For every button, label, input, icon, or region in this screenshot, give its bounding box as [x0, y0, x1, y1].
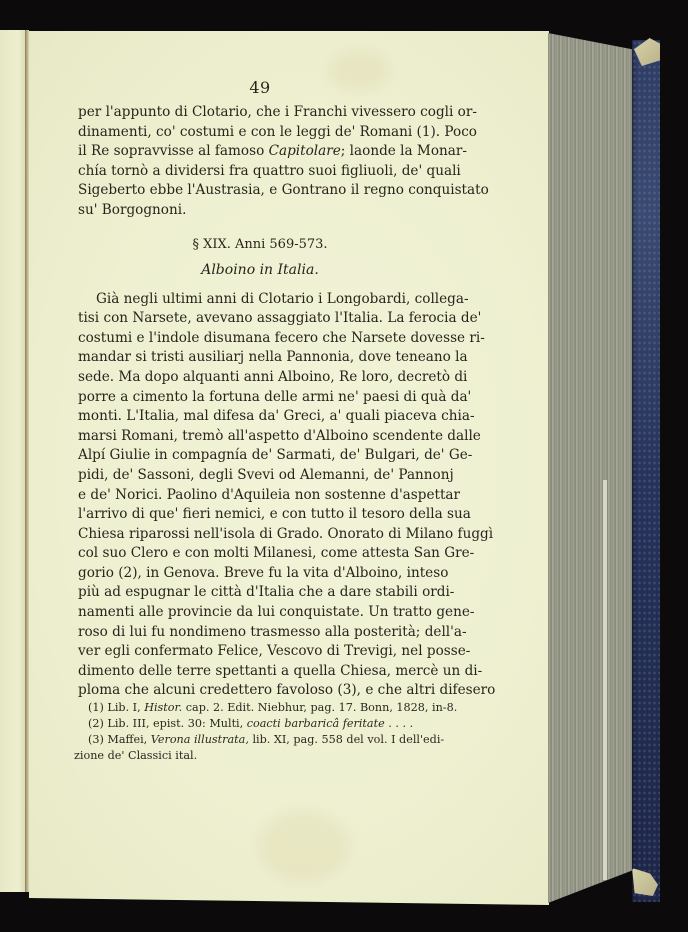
text-line: sede. Ma dopo alquanti anni Alboino, Re …: [78, 368, 442, 388]
paragraph-1: per l'appunto di Clotario, che i Franchi…: [78, 103, 442, 221]
section-title: Alboino in Italia.: [78, 262, 442, 278]
cover-texture: [632, 40, 660, 902]
text-line: marsi Romani, tremò all'aspetto d'Alboin…: [78, 427, 442, 447]
text-line: gorio (2), in Genova. Breve fu la vita d…: [78, 564, 442, 584]
footnote-text: (3) Maffei,: [88, 733, 151, 746]
footnote-text: cap. 2. Edit. Niebhur, pag. 17. Bonn, 18…: [182, 701, 457, 714]
left-page-edge: [0, 30, 26, 892]
footnote-italic: coacti barbaricâ feritate: [247, 717, 385, 730]
text-line: chía tornò a dividersi fra quattro suoi …: [78, 162, 442, 182]
text-line: dimento delle terre spettanti a quella C…: [78, 662, 442, 682]
text-line: col suo Clero e con molti Milanesi, come…: [78, 544, 442, 564]
text-line: Sigeberto ebbe l'Austrasia, e Gontrano i…: [78, 181, 442, 201]
text-line: Chiesa riparossi nell'isola di Grado. On…: [78, 525, 442, 545]
footnote-text: lib. XI, pag. 558 del vol. I dell'edi-: [249, 733, 444, 746]
text-line: il Re sopravvisse al famoso Capitolare; …: [78, 142, 442, 162]
section-heading: § XIX. Anni 569-573.: [78, 237, 442, 252]
text-line: e de' Norici. Paolino d'Aquileia non sos…: [78, 486, 442, 506]
text-line: pidi, de' Sassoni, degli Svevi od Aleman…: [78, 466, 442, 486]
text-line: dinamenti, co' costumi e con le leggi de…: [78, 123, 442, 143]
footnote-3-continued: zione de' Classici ital.: [74, 748, 436, 764]
page-fore-edge: [548, 33, 638, 903]
italic-term: Capitolare: [269, 143, 341, 159]
text-line: su' Borgognoni.: [78, 201, 442, 221]
footnote-text: zione de' Classici ital.: [74, 749, 197, 762]
text-line: costumi e l'indole disumana fecero che N…: [78, 329, 442, 349]
text-line: porre a cimento la fortuna delle armi ne…: [78, 388, 442, 408]
footnote-3: (3) Maffei, Verona illustrata, lib. XI, …: [74, 732, 436, 748]
footnote-text: . . . .: [385, 717, 413, 730]
page-number: 49: [78, 78, 442, 97]
footnote-text: (1) Lib. I,: [88, 701, 144, 714]
text-line: namenti alle provincie da lui conquistat…: [78, 603, 442, 623]
footnote-italic: Histor.: [144, 701, 182, 714]
text-line: per l'appunto di Clotario, che i Franchi…: [78, 103, 442, 123]
paragraph-2: Già negli ultimi anni di Clotario i Long…: [78, 290, 442, 701]
text-line: roso di lui fu nondimeno trasmesso alla …: [78, 623, 442, 643]
book-gutter: [25, 30, 29, 892]
footnote-italic: Verona illustrata,: [151, 733, 249, 746]
text-fragment: ; laonde la Monar-: [341, 143, 467, 159]
book-photo-scene: 49 per l'appunto di Clotario, che i Fran…: [0, 0, 688, 932]
text-line: monti. L'Italia, mal difesa da' Greci, a…: [78, 407, 442, 427]
footnote-2: (2) Lib. III, epist. 30: Multi, coacti b…: [74, 716, 436, 732]
paper-stain: [259, 811, 349, 881]
page-text: 49 per l'appunto di Clotario, che i Fran…: [78, 70, 442, 701]
text-line: Già negli ultimi anni di Clotario i Long…: [78, 290, 442, 310]
text-line: mandar si tristi ausiliarj nella Pannoni…: [78, 348, 442, 368]
text-line: più ad espugnar le città d'Italia che a …: [78, 583, 442, 603]
footnotes: (1) Lib. I, Histor. cap. 2. Edit. Niebhu…: [74, 700, 436, 764]
footnote-text: (2) Lib. III, epist. 30: Multi,: [88, 717, 247, 730]
text-line: tisi con Narsete, avevano assaggiato l'I…: [78, 309, 442, 329]
text-line: ploma che alcuni credettero favoloso (3)…: [78, 681, 442, 701]
text-line: ver egli confermato Felice, Vescovo di T…: [78, 642, 442, 662]
footnote-1: (1) Lib. I, Histor. cap. 2. Edit. Niebhu…: [74, 700, 436, 716]
page-edge-highlight: [603, 480, 607, 880]
text-line: l'arrivo di que' fieri nemici, e con tut…: [78, 505, 442, 525]
text-line: Alpí Giulie in compagnía de' Sarmati, de…: [78, 446, 442, 466]
text-fragment: il Re sopravvisse al famoso: [78, 143, 269, 159]
